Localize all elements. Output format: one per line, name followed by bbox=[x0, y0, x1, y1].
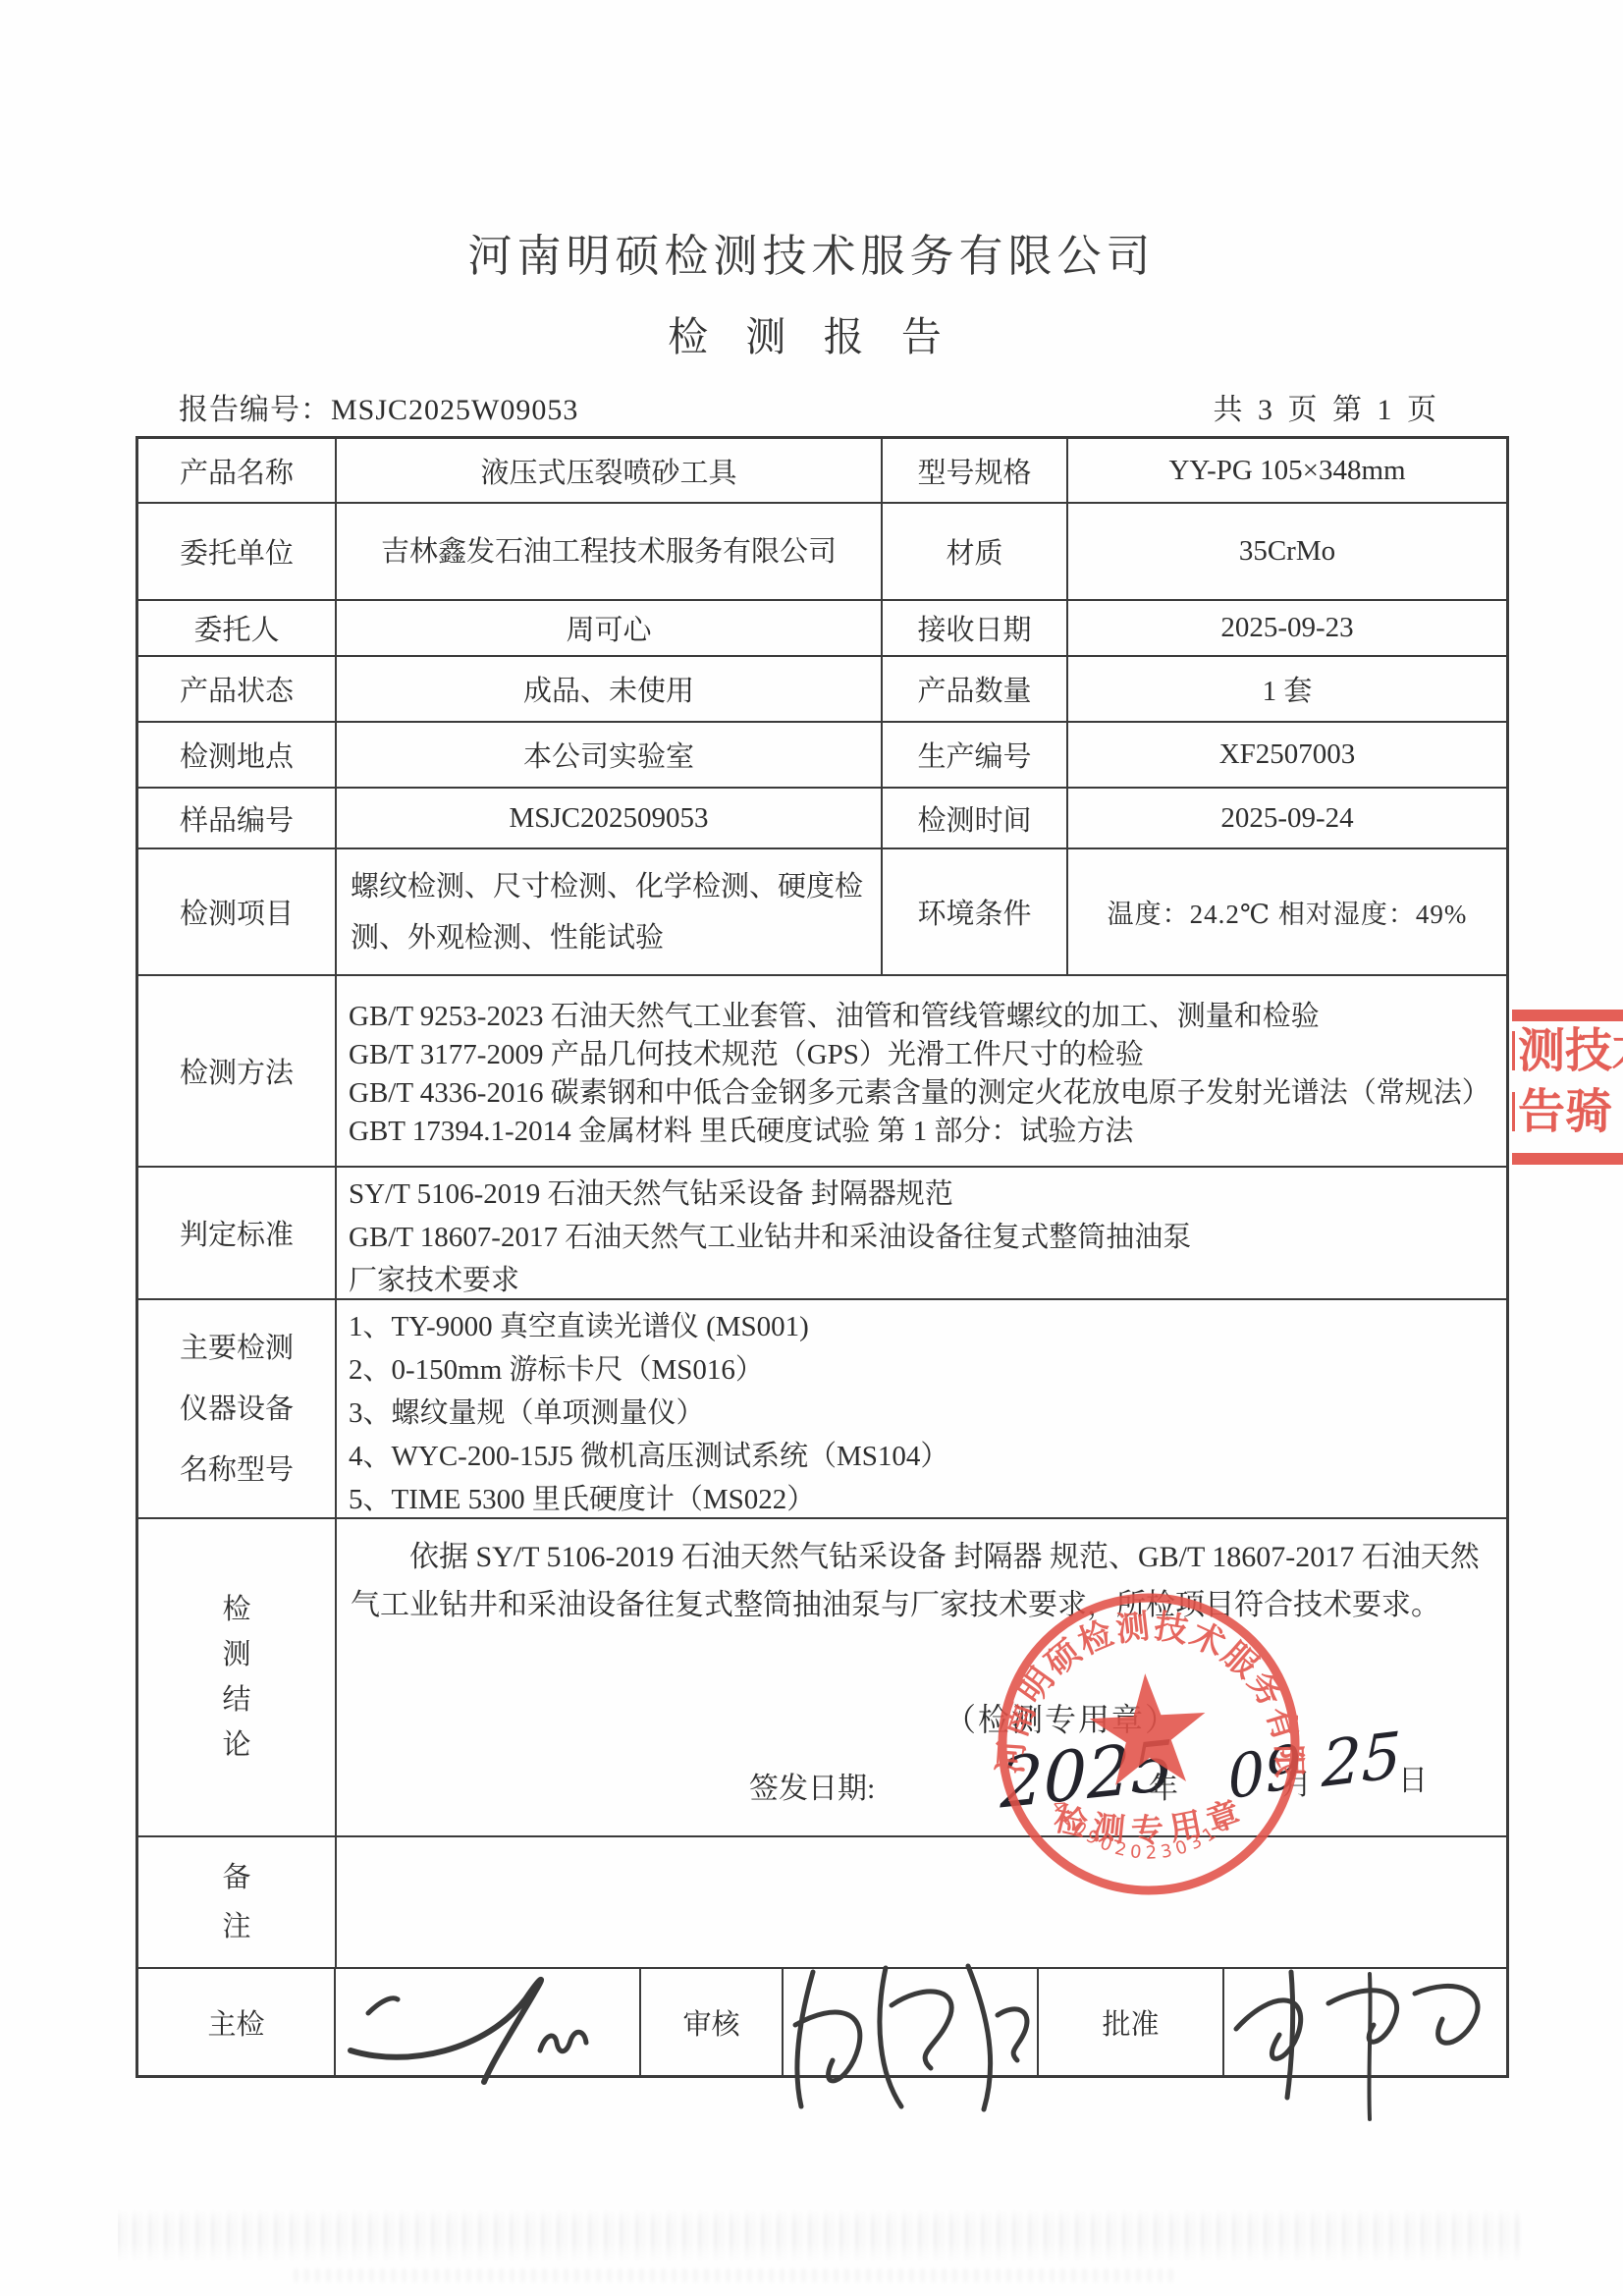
conclusion-text: 依据 SY/T 5106-2019 石油天然气钻采设备 封隔器 规范、GB/T … bbox=[337, 1519, 1506, 1629]
field-label: 接收日期 bbox=[881, 601, 1066, 655]
field-value: MSJC202509053 bbox=[335, 789, 881, 847]
field-value-text: 吉林鑫发石油工程技术服务有限公司 bbox=[357, 530, 860, 574]
field-value: 温度：24.2℃ 相对湿度：49% bbox=[1066, 849, 1506, 974]
field-label: 样品编号 bbox=[138, 789, 335, 847]
field-value: 2025-09-24 bbox=[1066, 789, 1506, 847]
field-label: 材质 bbox=[881, 504, 1066, 599]
table-row: 委托单位 吉林鑫发石油工程技术服务有限公司 材质 35CrMo bbox=[138, 502, 1506, 599]
field-value: 周可心 bbox=[335, 601, 881, 655]
field-label: 备注 bbox=[138, 1837, 335, 1967]
paging-seal-line: 测技术 bbox=[1512, 1021, 1623, 1082]
official-round-stamp-icon: 河南明硕检测技术服务有限公司 检测专用章 4109020230316 bbox=[984, 1579, 1314, 1909]
reviewer-label: 审核 bbox=[639, 1969, 782, 2075]
bleed-through-smudge bbox=[118, 2208, 1522, 2263]
remark-label: 备注 bbox=[222, 1853, 251, 1951]
handwritten-day: 25 bbox=[1322, 1720, 1402, 1803]
criteria-line: SY/T 5106-2019 石油天然气钻采设备 封隔器规范 bbox=[349, 1173, 1496, 1216]
approver-signature bbox=[1222, 1960, 1517, 2127]
method-line: GB/T 4336-2016 碳素钢和中低合金钢多元素含量的测定火花放电原子发射… bbox=[349, 1074, 1496, 1113]
field-label: 委托单位 bbox=[138, 504, 335, 599]
method-line: GB/T 9253-2023 石油天然气工业套管、油管和管线管螺纹的加工、测量和… bbox=[349, 998, 1496, 1036]
field-label: 检测时间 bbox=[881, 789, 1066, 847]
field-label: 环境条件 bbox=[881, 849, 1066, 974]
field-value: YY-PG 105×348mm bbox=[1066, 439, 1506, 502]
paging-seal-stamp: 测技术 告骑 bbox=[1512, 1010, 1623, 1165]
field-label: 产品状态 bbox=[138, 657, 335, 721]
method-list: GB/T 9253-2023 石油天然气工业套管、油管和管线管螺纹的加工、测量和… bbox=[335, 976, 1506, 1166]
instrument-line: 3、螺纹量规（单项测量仪） bbox=[349, 1392, 1496, 1435]
method-line: GBT 17394.1-2014 金属材料 里氏硬度试验 第 1 部分：试验方法 bbox=[349, 1113, 1496, 1151]
instrument-line: 4、WYC-200-15J5 微机高压测试系统（MS104） bbox=[349, 1435, 1496, 1478]
field-label: 检测方法 bbox=[138, 976, 335, 1166]
company-title: 河南明硕检测技术服务有限公司 bbox=[0, 220, 1623, 284]
field-label: 生产编号 bbox=[881, 723, 1066, 787]
page-count: 共 3 页 第 1 页 bbox=[1214, 385, 1510, 428]
star-icon bbox=[1087, 1670, 1209, 1786]
instruments-label: 主要检测仪器设备名称型号 bbox=[176, 1318, 298, 1501]
report-number-value: MSJC2025W09053 bbox=[331, 394, 578, 426]
conclusion-label: 检测结论 bbox=[222, 1587, 251, 1768]
table-row: 产品状态 成品、未使用 产品数量 1 套 bbox=[138, 655, 1506, 721]
reviewer-signature bbox=[776, 1954, 1051, 2116]
checker-signature bbox=[339, 1952, 628, 2100]
table-row: 检测项目 螺纹检测、尺寸检测、化学检测、硬度检测、外观检测、性能试验 环境条件 … bbox=[138, 847, 1506, 974]
field-value: XF2507003 bbox=[1066, 723, 1506, 787]
field-label: 检测项目 bbox=[138, 849, 335, 974]
approver-label: 批准 bbox=[1037, 1969, 1222, 2075]
field-value: 液压式压裂喷砂工具 bbox=[335, 439, 881, 502]
field-value: 35CrMo bbox=[1066, 504, 1506, 599]
report-page: 河南明硕检测技术服务有限公司 检 测 报 告 报告编号：MSJC2025W090… bbox=[0, 0, 1623, 2296]
field-label: 产品数量 bbox=[881, 657, 1066, 721]
method-line: GB/T 3177-2009 产品几何技术规范（GPS）光滑工件尺寸的检验 bbox=[349, 1036, 1496, 1074]
field-value: 2025-09-23 bbox=[1066, 601, 1506, 655]
field-label: 主要检测仪器设备名称型号 bbox=[138, 1300, 335, 1517]
report-meta-row: 报告编号：MSJC2025W09053 共 3 页 第 1 页 bbox=[135, 385, 1509, 428]
paging-seal-line: 告骑 bbox=[1512, 1082, 1623, 1143]
field-label: 产品名称 bbox=[138, 439, 335, 502]
bleed-through-smudge bbox=[295, 2269, 1178, 2282]
instruments-list: 1、TY-9000 真空直读光谱仪 (MS001) 2、0-150mm 游标卡尺… bbox=[335, 1300, 1506, 1517]
table-row: 检测地点 本公司实验室 生产编号 XF2507003 bbox=[138, 721, 1506, 787]
field-label: 检测地点 bbox=[138, 723, 335, 787]
criteria-line: 厂家技术要求 bbox=[349, 1259, 1496, 1299]
instrument-line: 1、TY-9000 真空直读光谱仪 (MS001) bbox=[349, 1305, 1496, 1348]
criteria-list: SY/T 5106-2019 石油天然气钻采设备 封隔器规范 GB/T 1860… bbox=[335, 1168, 1506, 1298]
field-label: 检测结论 bbox=[138, 1519, 335, 1835]
field-value: 1 套 bbox=[1066, 657, 1506, 721]
table-row-criteria: 判定标准 SY/T 5106-2019 石油天然气钻采设备 封隔器规范 GB/T… bbox=[138, 1166, 1506, 1298]
table-row-method: 检测方法 GB/T 9253-2023 石油天然气工业套管、油管和管线管螺纹的加… bbox=[138, 974, 1506, 1166]
table-row: 委托人 周可心 接收日期 2025-09-23 bbox=[138, 599, 1506, 655]
instrument-line: 5、TIME 5300 里氏硬度计（MS022） bbox=[349, 1478, 1496, 1518]
remark-cell bbox=[335, 1837, 1506, 1967]
issue-date-label: 签发日期: bbox=[749, 1764, 875, 1807]
field-label: 判定标准 bbox=[138, 1168, 335, 1298]
field-label: 委托人 bbox=[138, 601, 335, 655]
field-value: 本公司实验室 bbox=[335, 723, 881, 787]
report-number: 报告编号：MSJC2025W09053 bbox=[135, 385, 578, 428]
table-row-instruments: 主要检测仪器设备名称型号 1、TY-9000 真空直读光谱仪 (MS001) 2… bbox=[138, 1298, 1506, 1517]
table-row: 样品编号 MSJC202509053 检测时间 2025-09-24 bbox=[138, 787, 1506, 847]
day-unit: 日 bbox=[1398, 1756, 1428, 1799]
table-row: 产品名称 液压式压裂喷砂工具 型号规格 YY-PG 105×348mm bbox=[138, 439, 1506, 502]
field-value: 螺纹检测、尺寸检测、化学检测、硬度检测、外观检测、性能试验 bbox=[335, 849, 881, 974]
criteria-line: GB/T 18607-2017 石油天然气工业钻井和采油设备往复式整筒抽油泵 bbox=[349, 1216, 1496, 1259]
instrument-line: 2、0-150mm 游标卡尺（MS016） bbox=[349, 1348, 1496, 1392]
field-value: 吉林鑫发石油工程技术服务有限公司 bbox=[335, 504, 881, 599]
report-number-label: 报告编号： bbox=[179, 394, 331, 426]
field-value: 成品、未使用 bbox=[335, 657, 881, 721]
checker-label: 主检 bbox=[138, 1969, 334, 2075]
field-label: 型号规格 bbox=[881, 439, 1066, 502]
report-title: 检 测 报 告 bbox=[0, 304, 1623, 362]
